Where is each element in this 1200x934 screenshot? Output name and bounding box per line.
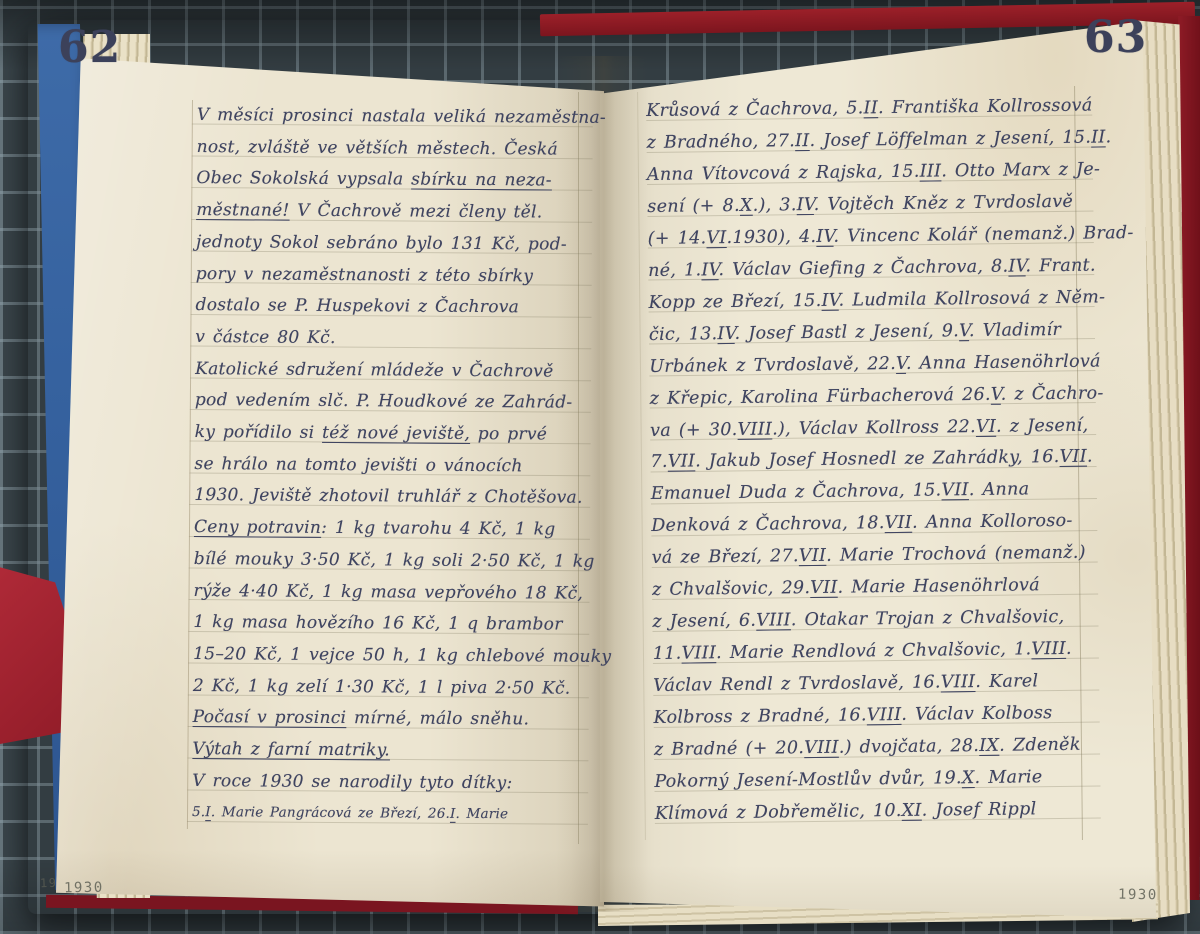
handwritten-line: se hrálo na tomto jevišti o vánocích (194, 449, 590, 483)
handwritten-line: 15–20 Kč, 1 vejce 50 h, 1 kg chlebové mo… (193, 639, 589, 673)
left-page-text: V měsíci prosinci nastala veliká nezaměs… (187, 100, 593, 832)
right-page-text: Krůsová z Čachrova, 5.II. Františka Koll… (646, 91, 1101, 831)
chronicle-scan-scene: 62 63 V měsíci prosinci nastala veliká n… (0, 0, 1200, 934)
handwritten-line: Ceny potravin: 1 kg tvarohu 4 Kč, 1 kg (194, 512, 590, 546)
handwritten-line: (+ 14.VI.1930), 4.IV. Vincenc Kolář (nem… (648, 218, 1094, 255)
handwritten-line: dostalo se P. Huspekovi z Čachrova (195, 290, 591, 324)
handwritten-line: nost, zvláště ve větších městech. Česká (197, 132, 593, 166)
handwritten-line: Výtah z farní matriky. (192, 734, 588, 768)
handwritten-line: z Bradného, 27.II. Josef Löffelman z Jes… (646, 123, 1092, 160)
handwritten-line: jednoty Sokol sebráno bylo 131 Kč, pod- (196, 227, 592, 261)
handwritten-line: bílé mouky 3·50 Kč, 1 kg soli 2·50 Kč, 1… (194, 544, 590, 578)
handwritten-line: sení (+ 8.X.), 3.IV. Vojtěch Kněz z Tvrd… (647, 186, 1093, 223)
handwritten-line: 7.VII. Jakub Josef Hosnedl ze Zahrádky, … (650, 442, 1096, 479)
handwritten-line: pod vedením slč. P. Houdkové ze Zahrád- (195, 385, 591, 419)
handwritten-line: čic, 13.IV. Josef Bastl z Jesení, 9.V. V… (649, 314, 1095, 351)
handwritten-line: rýže 4·40 Kč, 1 kg masa vepřového 18 Kč, (193, 576, 589, 610)
handwritten-line: Počasí v prosinci mírné, málo sněhu. (193, 702, 589, 736)
year-stamp-left: 1930 (64, 880, 104, 897)
handwritten-line: Krůsová z Čachrova, 5.II. Františka Koll… (646, 91, 1092, 128)
handwritten-line: Obec Sokolská vypsala sbírku na neza- (196, 163, 592, 197)
handwritten-line: 5.I. Marie Pangrácová ze Březí, 26.I. Ma… (192, 797, 588, 831)
handwritten-line: 1 kg masa hovězího 16 Kč, 1 q brambor (193, 607, 589, 641)
handwritten-line: 1930. Jeviště zhotovil truhlář z Chotěšo… (194, 480, 590, 514)
page-number-right: 63 (1084, 12, 1147, 63)
handwritten-line: né, 1.IV. Václav Giefing z Čachrova, 8.I… (648, 250, 1094, 287)
handwritten-line: V roce 1930 se narodily tyto dítky: (192, 766, 588, 800)
handwritten-line: 2 Kč, 1 kg zelí 1·30 Kč, 1 l piva 2·50 K… (193, 671, 589, 705)
handwritten-line: Anna Vítovcová z Rajska, 15.III. Otto Ma… (647, 154, 1093, 191)
year-stamp-right: 1930 (1118, 887, 1158, 904)
handwritten-line: ky pořídilo si též nové jeviště, po prvé (195, 417, 591, 451)
handwritten-line: z Křepic, Karolina Fürbacherová 26.V. z … (650, 378, 1096, 415)
handwritten-line: Kopp ze Březí, 15.IV. Ludmila Kollrosová… (648, 282, 1094, 319)
handwritten-line: městnané! V Čachrově mezi členy těl. (196, 195, 592, 229)
handwritten-line: Klímová z Dobřemělic, 10.XI. Josef Rippl (655, 793, 1101, 830)
handwritten-line: Katolické sdružení mládeže v Čachrově (195, 354, 591, 388)
handwritten-line: V měsíci prosinci nastala veliká nezaměs… (197, 100, 593, 134)
page-number-left: 62 (58, 22, 121, 73)
handwritten-line: pory v nezaměstnanosti z této sbírky (196, 259, 592, 293)
handwritten-line: Urbánek z Tvrdoslavě, 22.V. Anna Hasenöh… (649, 346, 1095, 383)
handwritten-line: v částce 80 Kč. (195, 322, 591, 356)
edge-year-stamp-fragment: 19 (40, 876, 58, 891)
